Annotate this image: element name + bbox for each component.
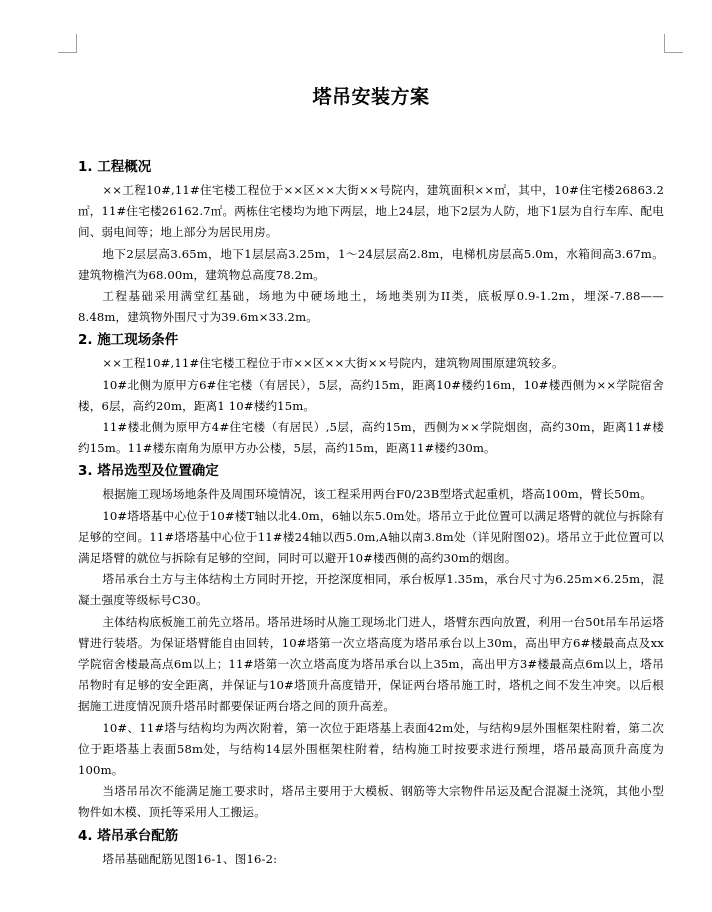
paragraph: 地下2层层高3.65m，地下1层层高3.25m，1～24层层高2.8m，电梯机房… — [78, 244, 664, 286]
paragraph: 根据施工现场场地条件及周围环境情况，该工程采用两台F0/23B型塔式起重机，塔高… — [78, 484, 664, 505]
section-project-overview: 1. 工程概况 ××工程10#,11#住宅楼工程位于××区××大街××号院内，建… — [78, 157, 664, 328]
paragraph: 塔吊基础配筋见图16-1、图16-2: — [78, 849, 664, 870]
paragraph: 工程基础采用满堂红基础，场地为中硬场地土，场地类别为II类，底板厚0.9-1.2… — [78, 286, 664, 328]
paragraph: 塔吊承台土方与主体结构土方同时开挖，开挖深度相同，承台板厚1.35m，承台尺寸为… — [78, 569, 664, 611]
section-foundation-reinforcement: 4. 塔吊承台配筋 塔吊基础配筋见图16-1、图16-2: — [78, 826, 664, 870]
paragraph: ××工程10#,11#住宅楼工程位于市××区××大街××号院内，建筑物周围原建筑… — [78, 353, 664, 374]
paragraph: 主体结构底板施工前先立塔吊。塔吊进场时从施工现场北门进人，塔臂东西向放置，利用一… — [78, 612, 664, 718]
paragraph: 10#、11#塔与结构均为两次附着，第一次位于距塔基上表面42m处，与结构9层外… — [78, 718, 664, 782]
section-heading: 3. 塔吊选型及位置确定 — [78, 461, 664, 481]
section-heading: 2. 施工现场条件 — [78, 330, 664, 350]
section-heading: 4. 塔吊承台配筋 — [78, 826, 664, 846]
section-heading: 1. 工程概况 — [78, 157, 664, 177]
section-crane-selection: 3. 塔吊选型及位置确定 根据施工现场场地条件及周围环境情况，该工程采用两台F0… — [78, 461, 664, 823]
paragraph: 11#楼北侧为原甲方4#住宅楼（有居民）,5层，高约15m，西侧为××学院烟囱，… — [78, 417, 664, 459]
document-page: 塔吊安装方案 1. 工程概况 ××工程10#,11#住宅楼工程位于××区××大街… — [78, 74, 664, 870]
document-title: 塔吊安装方案 — [78, 82, 664, 109]
paragraph: 10#塔塔基中心位于10#楼T轴以北4.0m，6轴以东5.0m处。塔吊立于此位置… — [78, 506, 664, 570]
margin-corner-mark-left — [58, 34, 77, 53]
margin-corner-mark-right — [664, 34, 683, 53]
paragraph: 当塔吊吊次不能满足施工要求时，塔吊主要用于大模板、钢筋等大宗物件吊运及配合混凝土… — [78, 781, 664, 823]
paragraph: 10#北侧为原甲方6#住宅楼（有居民），5层，高约15m，距离10#楼约16m，… — [78, 375, 664, 417]
paragraph: ××工程10#,11#住宅楼工程位于××区××大街××号院内，建筑面积××㎡，其… — [78, 180, 664, 244]
section-site-conditions: 2. 施工现场条件 ××工程10#,11#住宅楼工程位于市××区××大街××号院… — [78, 330, 664, 459]
